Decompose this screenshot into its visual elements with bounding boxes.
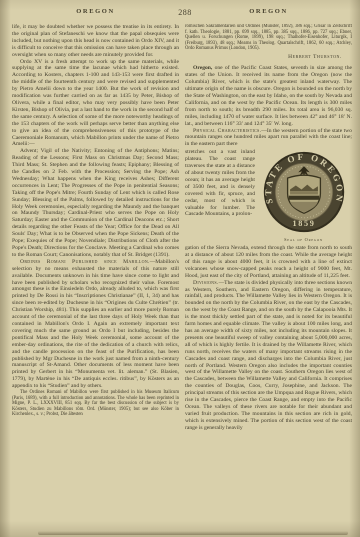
paragraph-oregon-intro: Oregon, one of the Pacific Coast States,… xyxy=(185,65,352,127)
section-heading-divisions: Divisions. xyxy=(193,280,219,286)
seal-caption: Seal of Oregon xyxy=(255,237,352,244)
paragraph-physical-continuation: gation of the Sierra Nevada, extend thro… xyxy=(185,245,352,280)
bibliography-fineprint-right: römischen Sakramentarien und Ordines (Mü… xyxy=(185,24,352,52)
running-head-right: OREGON xyxy=(185,8,352,15)
running-header: OREGON 288 OREGON xyxy=(0,0,360,20)
wrapped-text-beside-seal: stretches out a vast inland plateau. The… xyxy=(185,149,255,244)
section-heading-physical: Physical Characteristics. xyxy=(193,128,261,134)
running-head-left: OREGON xyxy=(12,8,179,15)
paragraph-oregon-intro-text: one of the Pacific Coast States, seventh… xyxy=(185,65,352,126)
section-heading-since-mabillon: Ordines Romani Published since Mabillon. xyxy=(20,259,150,265)
paragraph-since-mabillon: Ordines Romani Published since Mabillon.… xyxy=(12,259,179,390)
state-seal-figure: STATE OF OREGON 1859 Seal of Oregon xyxy=(255,149,352,244)
seal-sea xyxy=(290,191,318,194)
oregon-state-seal-image: STATE OF OREGON 1859 xyxy=(263,151,345,233)
right-column: römischen Sakramentarien und Ordines (Mü… xyxy=(185,24,352,529)
text-columns: life, it may be doubted whether we posse… xyxy=(0,20,360,529)
paragraph-divisions: Divisions.—The state is divided physical… xyxy=(185,280,352,432)
left-column: life, it may be doubted whether we posse… xyxy=(12,24,179,529)
seal-and-wrapped-text: stretches out a vast inland plateau. The… xyxy=(185,149,352,244)
seal-year-text: 1859 xyxy=(292,219,315,228)
entry-title-oregon: Oregon, xyxy=(193,65,212,71)
paragraph-ordo-xv: Ordo XV is a fresh attempt to work up th… xyxy=(12,59,179,149)
page-bottom-edge xyxy=(38,531,348,535)
bibliography-fineprint-left: The Ordines Romani of Mabillon were firs… xyxy=(12,390,179,418)
author-attribution: Herbert Thurston. xyxy=(185,54,352,61)
seal-banner xyxy=(288,196,318,200)
paragraph-continuation: life, it may be doubted whether we posse… xyxy=(12,24,179,59)
paragraph-since-mabillon-text: —Mabillon's selection by no means exhaus… xyxy=(12,259,179,389)
paragraph-physical-characteristics: Physical Characteristics.—In the western… xyxy=(185,128,352,149)
scanned-book-page: OREGON 288 OREGON life, it may be doubte… xyxy=(0,0,360,537)
paragraph-chapter-headings: Advent; Vigil of the Nativity; Entoning … xyxy=(12,148,179,259)
paragraph-divisions-text: —The state is divided physically into th… xyxy=(185,280,352,431)
